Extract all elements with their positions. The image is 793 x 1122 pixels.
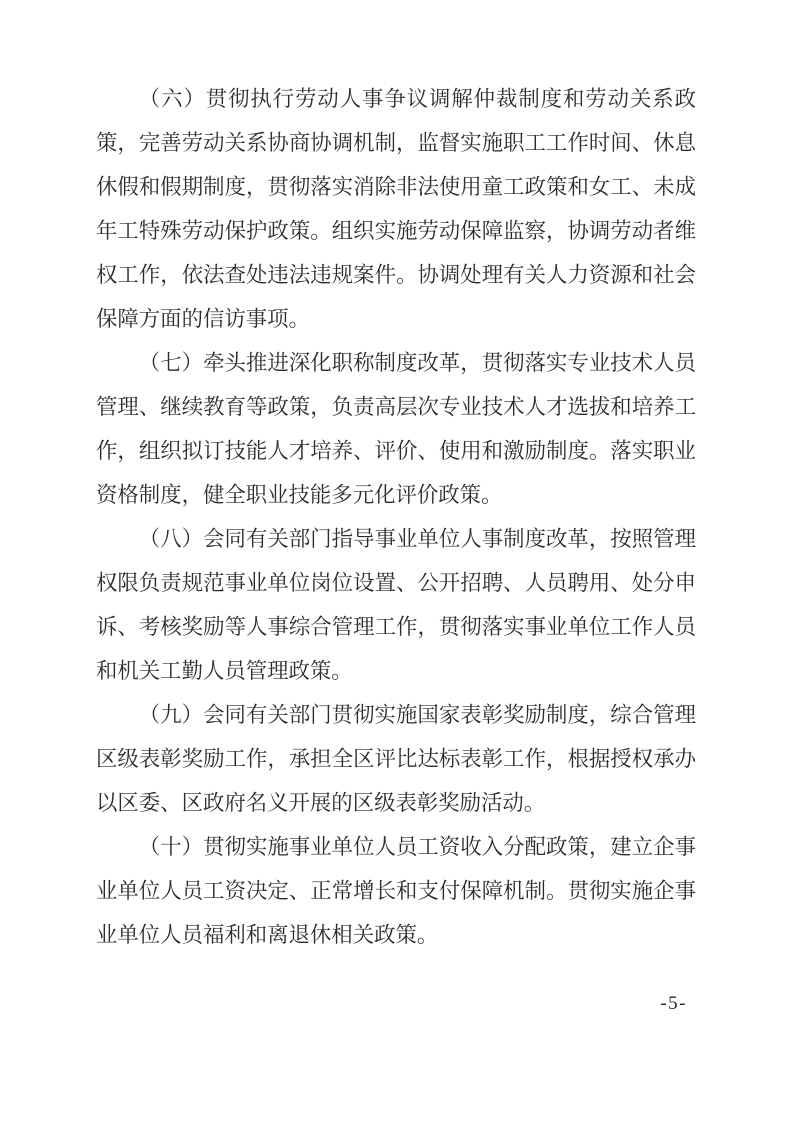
- text-line: （八）会同有关部门指导事业单位人事制度改革，按照管理: [96, 517, 696, 561]
- text-line: 权工作，依法查处违法违规案件。协调处理有关人力资源和社会: [96, 253, 696, 297]
- text-line: （七）牵头推进深化职称制度改革，贯彻落实专业技术人员: [96, 341, 696, 385]
- text-line: 策，完善劳动关系协商协调机制，监督实施职工工作时间、休息: [96, 121, 696, 165]
- text-line: 区级表彰奖励工作，承担全区评比达标表彰工作，根据授权承办: [96, 737, 696, 781]
- text-line: （九）会同有关部门贯彻实施国家表彰奖励制度，综合管理: [96, 693, 696, 737]
- text-line: 以区委、区政府名义开展的区级表彰奖励活动。: [96, 781, 696, 825]
- text-line: 保障方面的信访事项。: [96, 297, 696, 341]
- text-line: 和机关工勤人员管理政策。: [96, 649, 696, 693]
- text-line: 诉、考核奖励等人事综合管理工作，贯彻落实事业单位工作人员: [96, 605, 696, 649]
- text-line: 休假和假期制度，贯彻落实消除非法使用童工政策和女工、未成: [96, 165, 696, 209]
- paragraph-item-6: （六）贯彻执行劳动人事争议调解仲裁制度和劳动关系政 策，完善劳动关系协商协调机制…: [96, 77, 696, 341]
- text-line: 作，组织拟订技能人才培养、评价、使用和激励制度。落实职业: [96, 429, 696, 473]
- text-line: 业单位人员工资决定、正常增长和支付保障机制。贯彻实施企事: [96, 869, 696, 913]
- paragraph-item-7: （七）牵头推进深化职称制度改革，贯彻落实专业技术人员 管理、继续教育等政策，负责…: [96, 341, 696, 517]
- document-body: （六）贯彻执行劳动人事争议调解仲裁制度和劳动关系政 策，完善劳动关系协商协调机制…: [96, 77, 696, 957]
- text-line: （六）贯彻执行劳动人事争议调解仲裁制度和劳动关系政: [96, 77, 696, 121]
- text-line: 资格制度，健全职业技能多元化评价政策。: [96, 473, 696, 517]
- text-line: （十）贯彻实施事业单位人员工资收入分配政策，建立企事: [96, 825, 696, 869]
- page-number: -5-: [660, 993, 687, 1015]
- text-line: 业单位人员福利和离退休相关政策。: [96, 913, 696, 957]
- text-line: 年工特殊劳动保护政策。组织实施劳动保障监察，协调劳动者维: [96, 209, 696, 253]
- paragraph-item-8: （八）会同有关部门指导事业单位人事制度改革，按照管理 权限负责规范事业单位岗位设…: [96, 517, 696, 693]
- text-line: 权限负责规范事业单位岗位设置、公开招聘、人员聘用、处分申: [96, 561, 696, 605]
- text-line: 管理、继续教育等政策，负责高层次专业技术人才选拔和培养工: [96, 385, 696, 429]
- paragraph-item-10: （十）贯彻实施事业单位人员工资收入分配政策，建立企事 业单位人员工资决定、正常增…: [96, 825, 696, 957]
- paragraph-item-9: （九）会同有关部门贯彻实施国家表彰奖励制度，综合管理 区级表彰奖励工作，承担全区…: [96, 693, 696, 825]
- document-page: （六）贯彻执行劳动人事争议调解仲裁制度和劳动关系政 策，完善劳动关系协商协调机制…: [0, 0, 793, 1122]
